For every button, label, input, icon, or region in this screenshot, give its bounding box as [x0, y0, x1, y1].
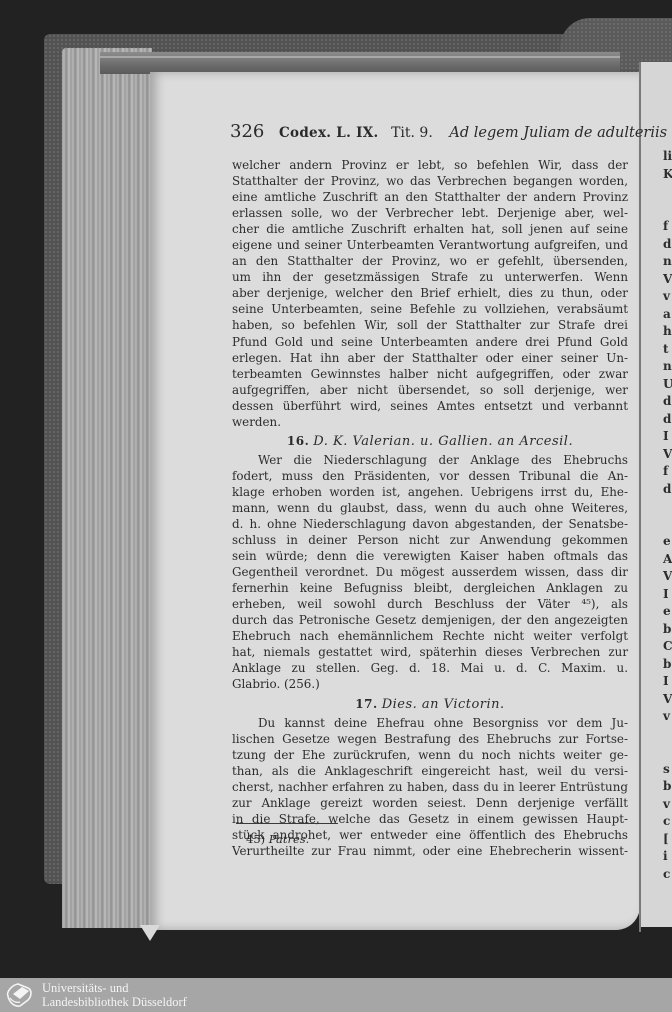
facing-fragment: d — [663, 411, 672, 429]
titulus-label: Tit. 9. — [391, 125, 433, 141]
book-scan: liKfdnVvahtnUddIVfdeAVIebCbIVvsbvc[ic 32… — [0, 0, 672, 978]
section17-line: zur Anklage gereizt worden seiest. Denn … — [232, 795, 628, 811]
facing-fragment: I — [663, 673, 672, 691]
section17-heading: 17.Dies. an Victorin. — [232, 693, 628, 715]
facing-fragment: A — [663, 551, 672, 569]
section16-line: fernerhin keine Befugniss bleibt, dergle… — [232, 580, 628, 596]
footnote-text: Patres. — [269, 832, 310, 846]
running-title: Ad legem Juliam de adulteriis etc. — [449, 125, 672, 141]
text-line: terbeamten Gewinnstes halber nicht aufge… — [232, 366, 628, 382]
text-line: dessen überführt wird, seines Amtes ents… — [232, 398, 628, 414]
text-line: welcher andern Provinz er lebt, so befeh… — [232, 157, 628, 173]
facing-fragment — [663, 743, 672, 761]
facing-fragment — [663, 516, 672, 534]
section17-line: than, als die Anklageschrift eingereicht… — [232, 763, 628, 779]
facing-fragment: f — [663, 218, 672, 236]
text-line: seine Unterbeamten, seine Befehle zu vol… — [232, 301, 628, 317]
section16-line: sein würde; denn die verewigten Kaiser h… — [232, 548, 628, 564]
facing-fragment: U — [663, 376, 672, 394]
text-line: aufgegriffen, aber nicht übersendet, so … — [232, 382, 628, 398]
section17-number: 17. — [355, 697, 377, 711]
gutter — [639, 62, 641, 932]
footnote-number: 45) — [246, 832, 265, 846]
section16-line: klage erhoben worden ist, angehen. Uebri… — [232, 484, 628, 500]
page-number: 326 — [230, 121, 264, 142]
footer-bar: Universitäts- und Landesbibliothek Düsse… — [0, 978, 672, 1012]
facing-fragment: I — [663, 428, 672, 446]
facing-fragment: d — [663, 236, 672, 254]
facing-page-text: liKfdnVvahtnUddIVfdeAVIebCbIVvsbvc[ic — [663, 148, 672, 883]
facing-fragment: v — [663, 796, 672, 814]
text-line: haben, so befehlen Wir, soll der Stattha… — [232, 317, 628, 333]
text-line: cher die amtliche Zuschrift erhalten hat… — [232, 221, 628, 237]
section16-line: Ehebruch nach ehemännlichem Rechte nicht… — [232, 628, 628, 644]
section16-line: Wer die Niederschlagung der Anklage des … — [232, 452, 628, 468]
facing-fragment — [663, 201, 672, 219]
facing-fragment: n — [663, 253, 672, 271]
facing-fragment: t — [663, 341, 672, 359]
facing-fragment — [663, 498, 672, 516]
text-line: werden. — [232, 414, 628, 430]
facing-fragment: h — [663, 323, 672, 341]
facing-fragment: s — [663, 761, 672, 779]
library-name-line1: Universitäts- und — [42, 981, 187, 995]
text-line: erlegen. Hat ihn aber der Statthalter od… — [232, 350, 628, 366]
facing-fragment: d — [663, 481, 672, 499]
facing-fragment: n — [663, 358, 672, 376]
facing-fragment: e — [663, 533, 672, 551]
section17-line: Du kannst deine Ehefrau ohne Besorgniss … — [232, 715, 628, 731]
text-line: aber derjenige, welcher den Brief erhiel… — [232, 285, 628, 301]
section16-line: Glabrio. (256.) — [232, 676, 628, 692]
running-head: 326 Codex. L. IX. Tit. 9. Ad legem Julia… — [230, 121, 630, 142]
facing-fragment: b — [663, 621, 672, 639]
facing-fragment: K — [663, 166, 672, 184]
library-name-line2: Landesbibliothek Düsseldorf — [42, 995, 187, 1009]
section16-line: schluss in deiner Person nicht zur Anwen… — [232, 532, 628, 548]
facing-fragment: a — [663, 306, 672, 324]
facing-fragment: d — [663, 393, 672, 411]
section16-line: fodert, muss den Präsidenten, vor dessen… — [232, 468, 628, 484]
library-book-logo-icon — [4, 982, 34, 1008]
text-line: erlassen solle, wo der Verbrecher lebt. … — [232, 205, 628, 221]
section16-heading: 16.D. K. Valerian. u. Gallien. an Arcesi… — [232, 430, 628, 452]
facing-fragment: [ — [663, 831, 672, 849]
facing-fragment: V — [663, 446, 672, 464]
section16-line: mann, wenn du glaubst, dass, wenn du auc… — [232, 500, 628, 516]
codex-label: Codex. L. IX. — [279, 125, 379, 141]
facing-fragment: b — [663, 778, 672, 796]
section16-line: Gegentheil verordnet. Du mögest ausserde… — [232, 564, 628, 580]
page-stack — [62, 48, 152, 928]
facing-fragment — [663, 183, 672, 201]
section16-line: erheben, weil sowohl durch Beschluss der… — [232, 596, 628, 612]
section17-line: cherst, nachher erfahren zu haben, dass … — [232, 779, 628, 795]
facing-fragment: I — [663, 586, 672, 604]
section17-line: tzung der Ehe zurückrufen, wenn du noch … — [232, 747, 628, 763]
section16-line: d. h. ohne Niederschlagung davon abgesta… — [232, 516, 628, 532]
library-name: Universitäts- und Landesbibliothek Düsse… — [42, 981, 187, 1009]
facing-fragment: V — [663, 271, 672, 289]
page-stack-line — [100, 56, 620, 58]
text-line: um ihn der gesetzmässigen Strafe zu unte… — [232, 269, 628, 285]
text-line: eigene und seiner Unterbeamten Verantwor… — [232, 237, 628, 253]
facing-fragment: c — [663, 813, 672, 831]
text-line: Statthalter der Provinz, wo das Verbrech… — [232, 173, 628, 189]
section17-line: lischen Gesetze wegen Bestrafung des Ehe… — [232, 731, 628, 747]
section17-line: in die Strafe, welche das Gesetz in eine… — [232, 811, 628, 827]
section16-line: durch das Petronische Gesetz demjenigen,… — [232, 612, 628, 628]
facing-fragment: V — [663, 568, 672, 586]
section16-title: D. K. Valerian. u. Gallien. an Arcesil. — [313, 434, 573, 449]
facing-fragment: b — [663, 656, 672, 674]
footnote-rule — [236, 823, 338, 824]
facing-fragment: li — [663, 148, 672, 166]
page-body: welcher andern Provinz er lebt, so befeh… — [232, 157, 628, 859]
facing-fragment — [663, 726, 672, 744]
facing-fragment: e — [663, 603, 672, 621]
section17-title: Dies. an Victorin. — [382, 697, 505, 712]
section16-number: 16. — [287, 434, 309, 448]
text-line: an den Statthalter der Provinz, wo er ge… — [232, 253, 628, 269]
facing-fragment: V — [663, 691, 672, 709]
facing-fragment: f — [663, 463, 672, 481]
text-line: eine amtliche Zuschrift an den Statthalt… — [232, 189, 628, 205]
facing-fragment: c — [663, 866, 672, 884]
page-corner — [140, 925, 160, 941]
section16-line: Anklage zu stellen. Geg. d. 18. Mai u. d… — [232, 660, 628, 676]
facing-fragment: v — [663, 708, 672, 726]
footnote: 45) Patres. — [246, 832, 309, 846]
facing-fragment: i — [663, 848, 672, 866]
facing-fragment: v — [663, 288, 672, 306]
section16-line: hat, niemals gestattet wird, späterhin d… — [232, 644, 628, 660]
text-line: Pfund Gold und seine Unterbeamten andere… — [232, 334, 628, 350]
facing-fragment: C — [663, 638, 672, 656]
